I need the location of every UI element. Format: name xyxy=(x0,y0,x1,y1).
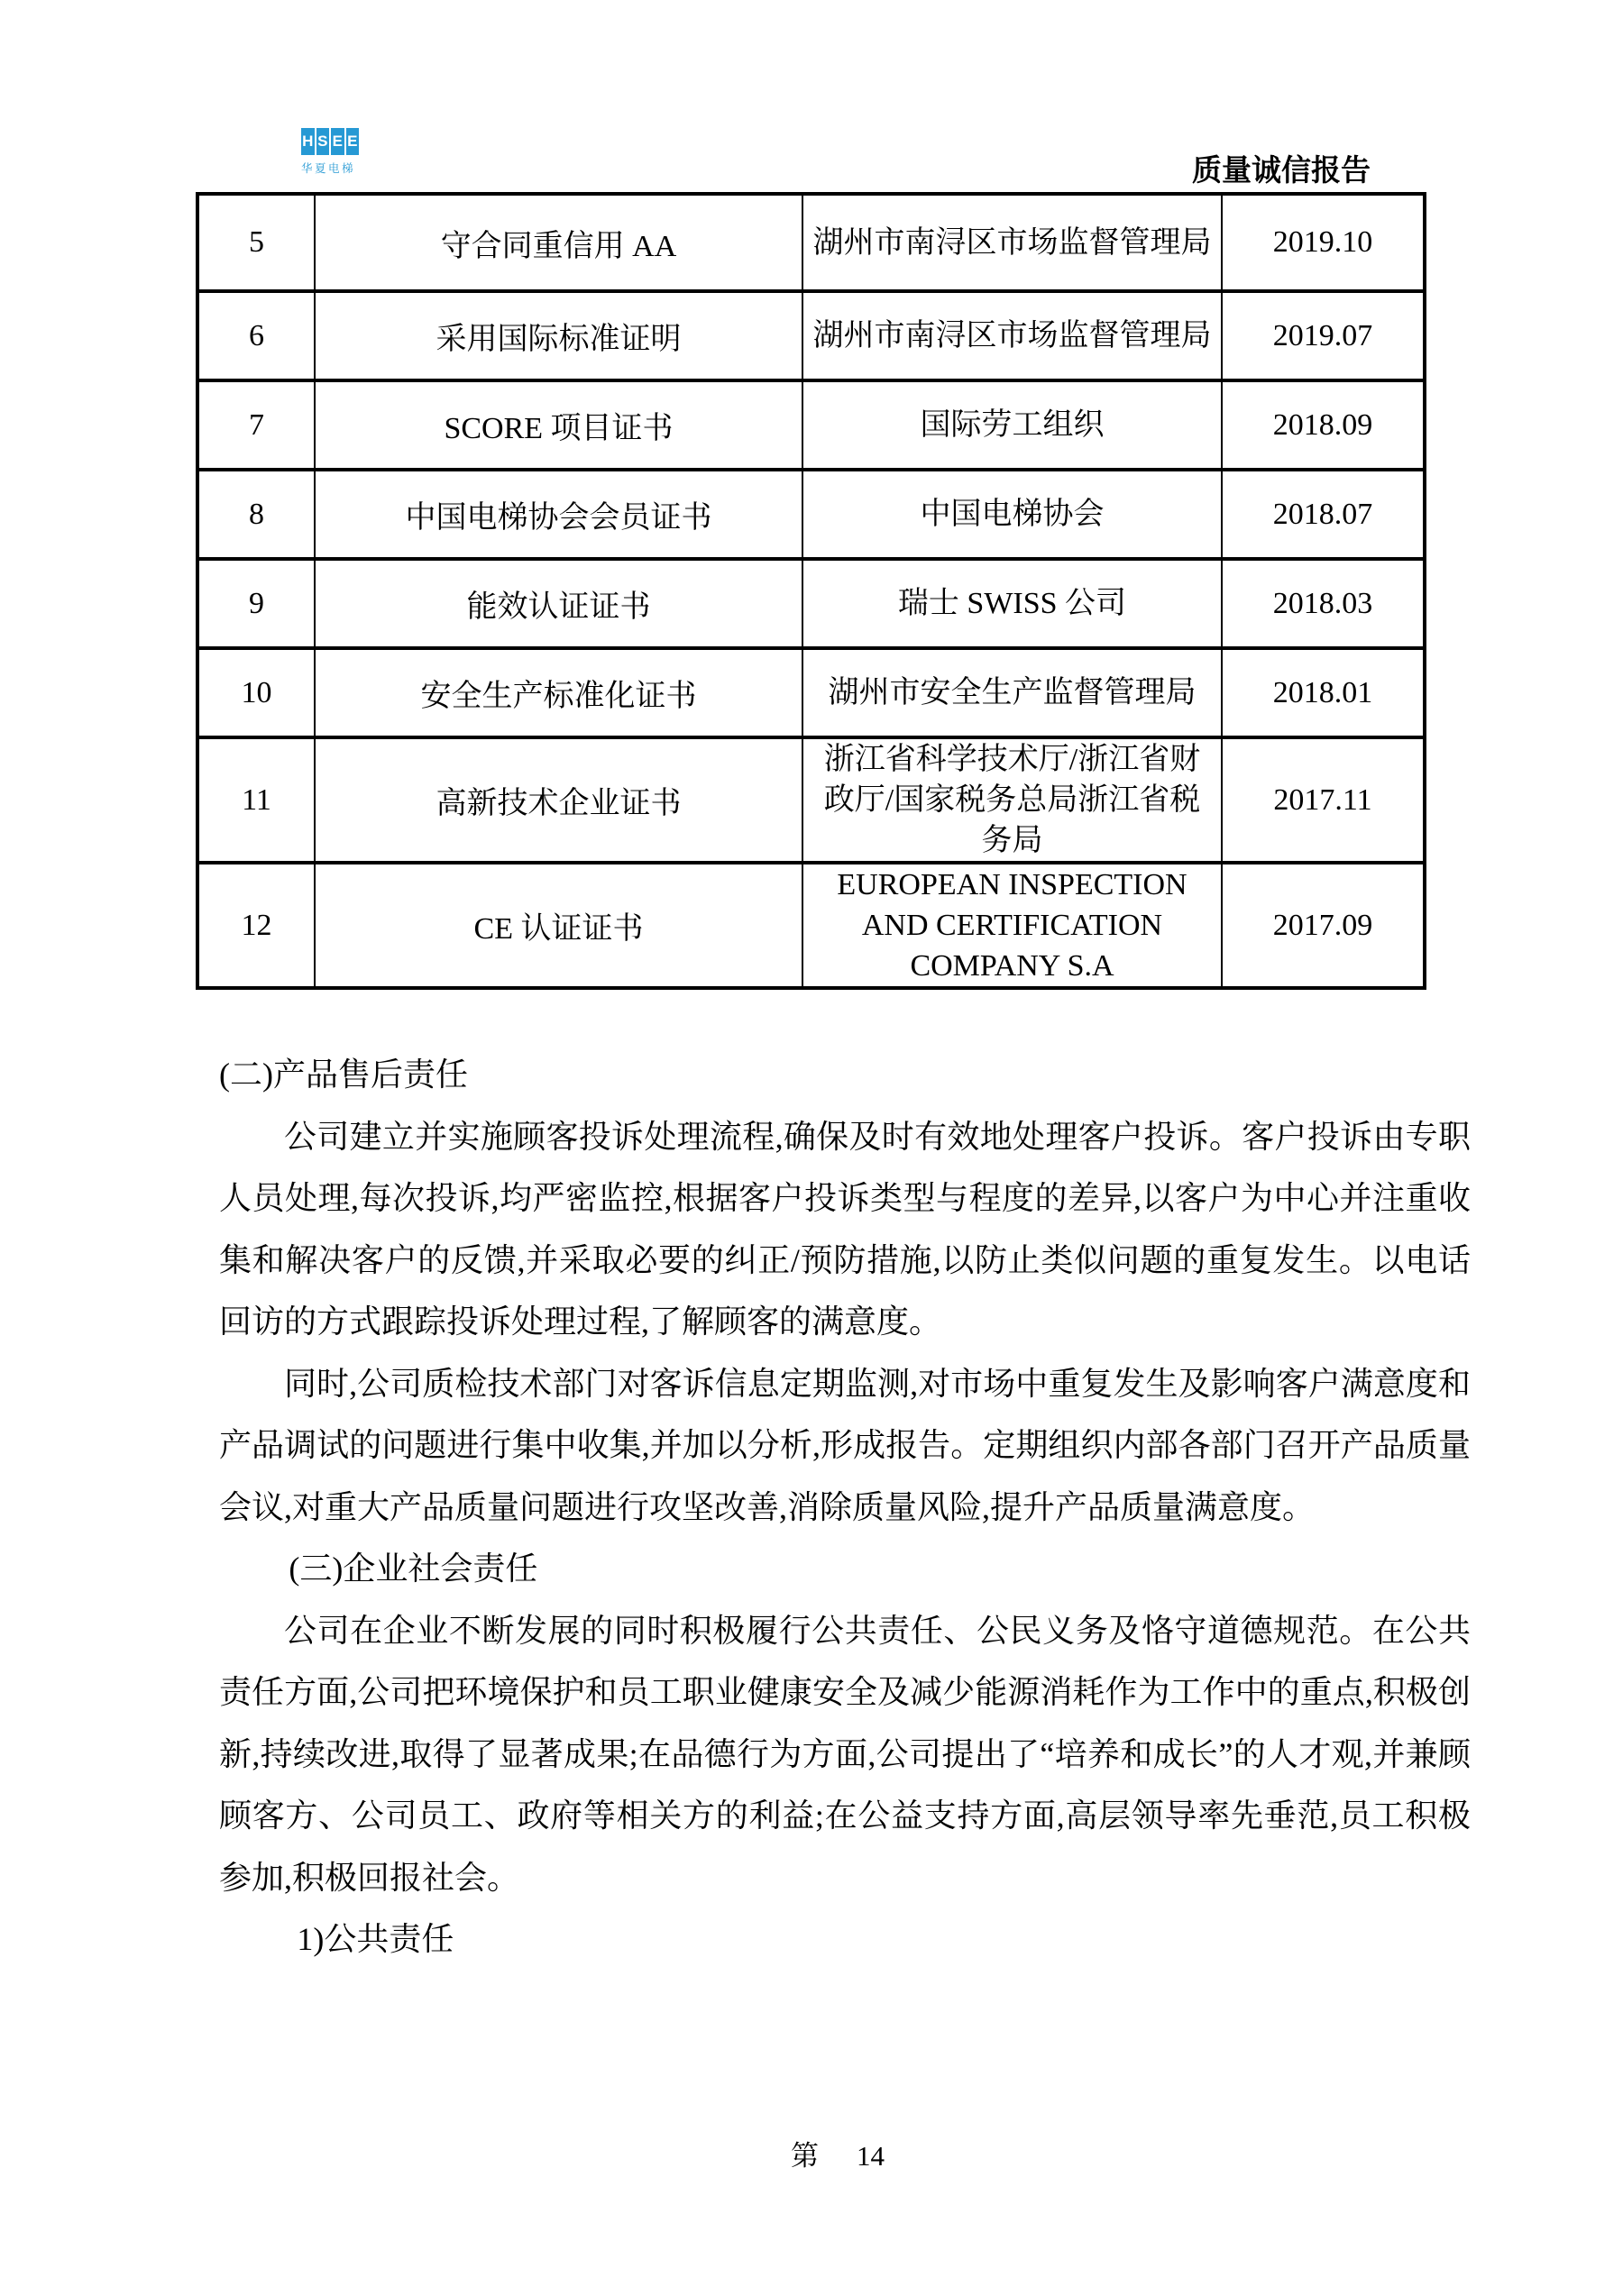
page-number: 14 xyxy=(857,2140,885,2172)
cell-no: 5 xyxy=(197,194,315,291)
body-text: (二)产品售后责任 公司建立并实施顾客投诉处理流程,确保及时有效地处理客户投诉。… xyxy=(219,1044,1471,1971)
page-number-prefix: 第 xyxy=(791,2140,819,2172)
cell-date: 2018.01 xyxy=(1222,648,1425,737)
cell-no: 10 xyxy=(197,648,315,737)
logo-letter: S xyxy=(316,128,330,155)
cell-date: 2019.10 xyxy=(1222,194,1425,291)
document-page: H S E E 华夏电梯 质量诚信报告 5 守合同重信用 AA 湖州市南浔区市场… xyxy=(0,0,1623,2296)
section-heading-2: (二)产品售后责任 xyxy=(219,1044,1471,1106)
cell-no: 6 xyxy=(197,291,315,380)
page-header-title: 质量诚信报告 xyxy=(1192,147,1371,189)
hsee-logo: H S E E 华夏电梯 xyxy=(301,128,359,176)
table-row: 11 高新技术企业证书 浙江省科学技术厅/浙江省财 政厅/国家税务总局浙江省税 … xyxy=(197,737,1425,863)
logo-letter: H xyxy=(301,128,315,155)
section-heading-3: (三)企业社会责任 xyxy=(219,1538,1471,1600)
cell-date: 2017.09 xyxy=(1222,863,1425,988)
paragraph-after-sales-2: 同时,公司质检技术部门对客诉信息定期监测,对市场中重复发生及影响客户满意度和产品… xyxy=(219,1353,1471,1539)
logo-letter: E xyxy=(331,128,344,155)
cell-issuer: 浙江省科学技术厅/浙江省财 政厅/国家税务总局浙江省税 务局 xyxy=(802,737,1222,863)
table-row: 12 CE 认证证书 EUROPEAN INSPECTION AND CERTI… xyxy=(197,863,1425,988)
cell-issuer: 国际劳工组织 xyxy=(802,380,1222,470)
cell-date: 2017.11 xyxy=(1222,737,1425,863)
hsee-logo-icon: H S E E xyxy=(301,128,359,155)
cell-cert-name: SCORE 项目证书 xyxy=(315,380,802,470)
cell-no: 8 xyxy=(197,470,315,559)
certificate-table: 5 守合同重信用 AA 湖州市南浔区市场监督管理局 2019.10 6 采用国际… xyxy=(196,192,1426,990)
table-row: 7 SCORE 项目证书 国际劳工组织 2018.09 xyxy=(197,380,1425,470)
table-row: 8 中国电梯协会会员证书 中国电梯协会 2018.07 xyxy=(197,470,1425,559)
paragraph-social-responsibility: 公司在企业不断发展的同时积极履行公共责任、公民义务及恪守道德规范。在公共责任方面… xyxy=(219,1600,1471,1909)
cell-date: 2018.07 xyxy=(1222,470,1425,559)
paragraph-after-sales-1: 公司建立并实施顾客投诉处理流程,确保及时有效地处理客户投诉。客户投诉由专职人员处… xyxy=(219,1106,1471,1353)
cell-no: 11 xyxy=(197,737,315,863)
table-row: 6 采用国际标准证明 湖州市南浔区市场监督管理局 2019.07 xyxy=(197,291,1425,380)
cell-date: 2019.07 xyxy=(1222,291,1425,380)
cell-cert-name: 能效认证证书 xyxy=(315,559,802,648)
cell-issuer: 中国电梯协会 xyxy=(802,470,1222,559)
cell-cert-name: 采用国际标准证明 xyxy=(315,291,802,380)
page-footer: 第14 xyxy=(791,2133,885,2173)
cell-cert-name: 高新技术企业证书 xyxy=(315,737,802,863)
logo-subtitle: 华夏电梯 xyxy=(301,160,359,176)
table-row: 9 能效认证证书 瑞士 SWISS 公司 2018.03 xyxy=(197,559,1425,648)
cell-issuer: 湖州市南浔区市场监督管理局 xyxy=(802,291,1222,380)
cell-no: 12 xyxy=(197,863,315,988)
cell-date: 2018.03 xyxy=(1222,559,1425,648)
cell-cert-name: 守合同重信用 AA xyxy=(315,194,802,291)
cell-date: 2018.09 xyxy=(1222,380,1425,470)
cell-issuer: 瑞士 SWISS 公司 xyxy=(802,559,1222,648)
cell-cert-name: CE 认证证书 xyxy=(315,863,802,988)
cell-no: 7 xyxy=(197,380,315,470)
cell-no: 9 xyxy=(197,559,315,648)
subsection-heading-public-responsibility: 1)公共责任 xyxy=(219,1908,1471,1971)
cell-cert-name: 中国电梯协会会员证书 xyxy=(315,470,802,559)
cell-cert-name: 安全生产标准化证书 xyxy=(315,648,802,737)
table-row: 5 守合同重信用 AA 湖州市南浔区市场监督管理局 2019.10 xyxy=(197,194,1425,291)
logo-letter: E xyxy=(346,128,360,155)
cell-issuer: 湖州市南浔区市场监督管理局 xyxy=(802,194,1222,291)
table-row: 10 安全生产标准化证书 湖州市安全生产监督管理局 2018.01 xyxy=(197,648,1425,737)
cell-issuer: EUROPEAN INSPECTION AND CERTIFICATION CO… xyxy=(802,863,1222,988)
cell-issuer: 湖州市安全生产监督管理局 xyxy=(802,648,1222,737)
